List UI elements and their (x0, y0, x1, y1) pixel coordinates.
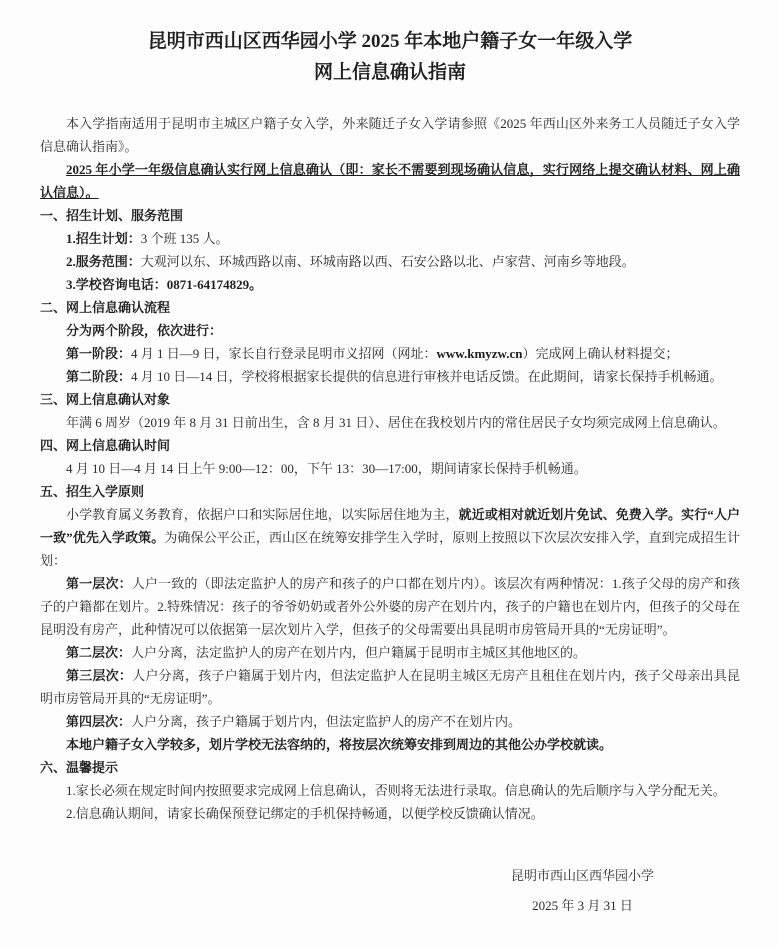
online-confirmation-notice: 2025 年小学一年级信息确认实行网上信息确认（即：家长不需要到现场确认信息，实… (40, 158, 740, 204)
service-area-value: 大观河以东、环城西路以南、环城南路以西、石安公路以北、卢家营、河南乡等地段。 (141, 254, 635, 269)
page-title-line2: 网上信息确认指南 (40, 57, 740, 88)
stage1-website-url: www.kmyzw.cn (437, 346, 523, 361)
document-page: 昆明市西山区西华园小学 2025 年本地户籍子女一年级入学 网上信息确认指南 本… (0, 0, 778, 946)
enrollment-plan-label: 1.招生计划： (66, 231, 141, 246)
tier2-label: 第二层次： (66, 645, 131, 660)
stage1-text-a: 4 月 1 日—9 日，家长自行登录昆明市义招网（网址： (131, 346, 437, 361)
tier1-text: 人户一致的（即法定监护人的房产和孩子的户口都在划片内）。该层次有两种情况：1.孩… (40, 576, 740, 637)
intro-paragraph: 本入学指南适用于昆明市主城区户籍子女入学，外来随迁子女入学请参照《2025 年西… (40, 112, 740, 158)
tier2-text: 人户分离，法定监护人的房产在划片内，但户籍属于昆明市主城区其他地区的。 (131, 645, 586, 660)
stage2-label: 第二阶段： (66, 369, 131, 384)
section3-heading: 三、网上信息确认对象 (40, 388, 740, 411)
section1-heading: 一、招生计划、服务范围 (40, 204, 740, 227)
confirmation-time-paragraph: 4 月 10 日—4 月 14 日上午 9:00—12：00，下午 13：30—… (40, 457, 740, 480)
tier3-text: 人户分离，孩子户籍属于划片内，但法定监护人在昆明主城区无房产且租住在划片内，孩子… (40, 668, 740, 706)
page-title: 昆明市西山区西华园小学 2025 年本地户籍子女一年级入学 网上信息确认指南 (40, 26, 740, 88)
school-phone-label: 3.学校咨询电话： (66, 277, 167, 292)
school-phone-item: 3.学校咨询电话：0871-64174829。 (40, 273, 740, 296)
tip1-paragraph: 1.家长必须在规定时间内按照要求完成网上信息确认，否则将无法进行录取。信息确认的… (40, 779, 740, 802)
tier3-paragraph: 第三层次：人户分离，孩子户籍属于划片内，但法定监护人在昆明主城区无房产且租住在划… (40, 664, 740, 710)
page-title-line1: 昆明市西山区西华园小学 2025 年本地户籍子女一年级入学 (40, 26, 740, 57)
tier4-paragraph: 第四层次：人户分离，孩子户籍属于划片内，但法定监护人的房产不在划片内。 (40, 710, 740, 733)
stage1-text-b: ）完成网上确认材料提交； (522, 346, 678, 361)
confirmation-target-paragraph: 年满 6 周岁（2019 年 8 月 31 日前出生，含 8 月 31 日）、居… (40, 411, 740, 434)
tier3-label: 第三层次： (66, 668, 132, 683)
tier1-paragraph: 第一层次：人户一致的（即法定监护人的房产和孩子的户口都在划片内）。该层次有两种情… (40, 572, 740, 641)
stage2-item: 第二阶段：4 月 10 日—14 日，学校将根据家长提供的信息进行审核并电话反馈… (40, 365, 740, 388)
tier4-text: 人户分离，孩子户籍属于划片内，但法定监护人的房产不在划片内。 (131, 714, 521, 729)
service-area-label: 2.服务范围： (66, 254, 141, 269)
stage1-label: 第一阶段： (66, 346, 131, 361)
section4-heading: 四、网上信息确认时间 (40, 434, 740, 457)
enrollment-plan-item: 1.招生计划：3 个班 135 人。 (40, 227, 740, 250)
service-area-item: 2.服务范围：大观河以东、环城西路以南、环城南路以西、石安公路以北、卢家营、河南… (40, 250, 740, 273)
section5-heading: 五、招生入学原则 (40, 480, 740, 503)
section2-heading: 二、网上信息确认流程 (40, 296, 740, 319)
signature-date: 2025 年 3 月 31 日 (511, 891, 654, 921)
tip2-paragraph: 2.信息确认期间，请家长确保预登记绑定的手机保持畅通，以便学校反馈确认情况。 (40, 802, 740, 825)
stage1-item: 第一阶段：4 月 1 日—9 日，家长自行登录昆明市义招网（网址：www.kmy… (40, 342, 740, 365)
tier4-label: 第四层次： (66, 714, 131, 729)
signature-school-name: 昆明市西山区西华园小学 (511, 861, 654, 891)
principles-text-a: 小学教育属义务教育，依据户口和实际居住地，以实际居住地为主， (66, 507, 459, 522)
document-body: 本入学指南适用于昆明市主城区户籍子女入学，外来随迁子女入学请参照《2025 年西… (40, 112, 740, 825)
overflow-placement-note: 本地户籍子女入学较多，划片学校无法容纳的，将按层次统筹安排到周边的其他公办学校就… (40, 733, 740, 756)
stage2-text: 4 月 10 日—14 日，学校将根据家长提供的信息进行审核并电话反馈。在此期间… (131, 369, 723, 384)
tier2-paragraph: 第二层次：人户分离，法定监护人的房产在划片内，但户籍属于昆明市主城区其他地区的。 (40, 641, 740, 664)
principles-paragraph: 小学教育属义务教育，依据户口和实际居住地，以实际居住地为主，就近或相对就近划片免… (40, 503, 740, 572)
enrollment-plan-value: 3 个班 135 人。 (141, 231, 229, 246)
tier1-label: 第一层次： (66, 576, 132, 591)
school-phone-number: 0871-64174829。 (167, 277, 262, 292)
stages-lead: 分为两个阶段，依次进行： (40, 319, 740, 342)
signature-block: 昆明市西山区西华园小学 2025 年 3 月 31 日 (511, 861, 654, 921)
section6-heading: 六、温馨提示 (40, 756, 740, 779)
